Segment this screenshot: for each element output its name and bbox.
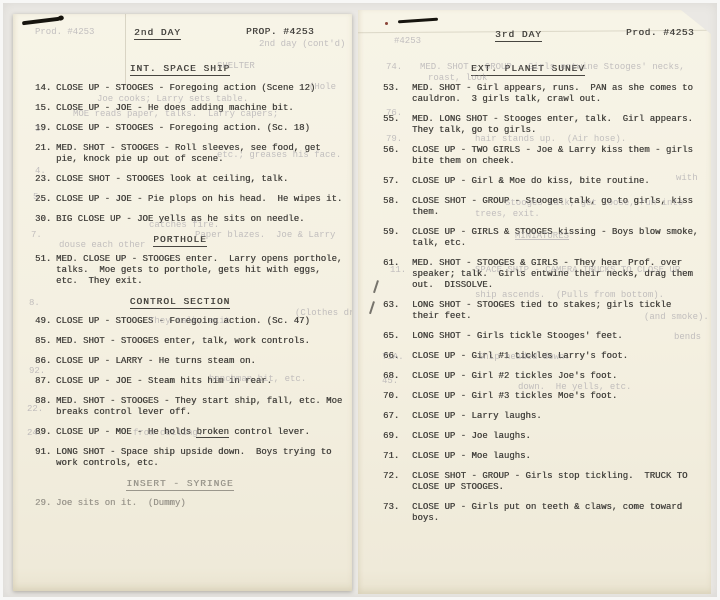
- item-number: 67.: [383, 411, 412, 422]
- shot-item: 23.CLOSE SHOT - STOOGES look at ceiling,…: [35, 174, 348, 185]
- item-number: 86.: [35, 356, 56, 367]
- item-text: LONG SHOT - Space ship upside down. Boys…: [56, 447, 342, 469]
- shot-item: 49.CLOSE UP - STOOGES - Foregoing action…: [35, 316, 348, 327]
- shot-item: 85.MED. SHOT - STOOGES enter, talk, work…: [35, 336, 348, 347]
- section-heading: EXT. PLANET SUNEV: [383, 63, 673, 74]
- shot-item: 56.CLOSE UP - TWO GIRLS - Joe & Larry ki…: [383, 145, 707, 167]
- item-number: 65.: [383, 331, 412, 342]
- item-number: 23.: [35, 174, 56, 185]
- item-number: 49.: [35, 316, 56, 327]
- item-number: 14.: [35, 83, 56, 94]
- item-number: 85.: [35, 336, 56, 347]
- shot-item: 68.CLOSE UP - Girl #2 tickles Joe's foot…: [383, 371, 707, 382]
- item-number: 59.: [383, 227, 412, 249]
- schedule-page-3rd-day: 3rd DAY Prod. #4253 EXT. PLANET SUNEV53.…: [358, 10, 711, 594]
- shot-item: 86.CLOSE UP - LARRY - He turns steam on.: [35, 356, 348, 367]
- schedule-page-2nd-day: 2nd DAY PROP. #4253 INT. SPACE SHIP14.CL…: [13, 14, 352, 591]
- item-number: 70.: [383, 391, 412, 402]
- shot-item: 69.CLOSE UP - Joe laughs.: [383, 431, 707, 442]
- item-number: 19.: [35, 123, 56, 134]
- item-number: 73.: [383, 502, 412, 524]
- shot-item: 25.CLOSE UP - JOE - Pie plops on his hea…: [35, 194, 348, 205]
- section-heading: INT. SPACE SHIP: [35, 63, 325, 74]
- shot-item: 30.BIG CLOSE UP - JOE yells as he sits o…: [35, 214, 348, 225]
- item-number: 55.: [383, 114, 412, 136]
- item-text: CLOSE UP - GIRLS & STOOGES kissing - Boy…: [412, 227, 698, 249]
- item-number: 58.: [383, 196, 412, 218]
- item-number: 21.: [35, 143, 56, 165]
- shot-item: 57.CLOSE UP - Girl & Moe do kiss, bite r…: [383, 176, 707, 187]
- item-text: CLOSE UP - JOE - Pie plops on his head. …: [56, 194, 342, 205]
- shot-item: 59.CLOSE UP - GIRLS & STOOGES kissing - …: [383, 227, 707, 249]
- section-heading: INSERT - SYRINGE: [35, 478, 325, 489]
- shot-item: 63.LONG SHOT - STOOGES tied to stakes; g…: [383, 300, 707, 322]
- shot-item: 67.CLOSE UP - Larry laughs.: [383, 411, 707, 422]
- shot-item: 87.CLOSE UP - JOE - Steam hits him in re…: [35, 376, 348, 387]
- item-text: CLOSE UP - JOE - Steam hits him in rear.: [56, 376, 342, 387]
- shot-item: 66.CLOSE UP - Girl #1 tickles Larry's fo…: [383, 351, 707, 362]
- shot-item: 91.LONG SHOT - Space ship upside down. B…: [35, 447, 348, 469]
- shot-item: 51.MED. CLOSE UP - STOOGES enter. Larry …: [35, 254, 348, 287]
- item-number: 72.: [383, 471, 412, 493]
- item-text: LONG SHOT - Girls tickle Stooges' feet.: [412, 331, 698, 342]
- item-number: 63.: [383, 300, 412, 322]
- item-text: MED. LONG SHOT - Stooges enter, talk. Gi…: [412, 114, 698, 136]
- item-text: LONG SHOT - STOOGES tied to stakes; girl…: [412, 300, 698, 322]
- item-text: MED. SHOT - STOOGES - Roll sleeves, see …: [56, 143, 342, 165]
- item-text: CLOSE UP - Girl #3 tickles Moe's foot.: [412, 391, 698, 402]
- item-text: CLOSE UP - Moe laughs.: [412, 451, 698, 462]
- shot-item: 88.MED. SHOT - STOOGES - They start ship…: [35, 396, 348, 418]
- item-text: CLOSE UP - Joe laughs.: [412, 431, 698, 442]
- item-number: 88.: [35, 396, 56, 418]
- item-text: CLOSE UP - STOOGES - Foregoing action. (…: [56, 316, 342, 327]
- item-number: 68.: [383, 371, 412, 382]
- item-number: 71.: [383, 451, 412, 462]
- scanned-document: 2nd DAY PROP. #4253 INT. SPACE SHIP14.CL…: [0, 0, 720, 600]
- item-text: CLOSE UP - TWO GIRLS - Joe & Larry kiss …: [412, 145, 698, 167]
- shot-item: 71.CLOSE UP - Moe laughs.: [383, 451, 707, 462]
- item-text: MED. SHOT - STOOGES - They start ship, f…: [56, 396, 342, 418]
- item-number: 89.: [35, 427, 56, 438]
- section-heading: PORTHOLE: [35, 234, 325, 245]
- shot-item: 58.CLOSE SHOT - GROUP - Stooges talk, go…: [383, 196, 707, 218]
- item-text: CLOSE UP - MOE - He holds broken control…: [56, 427, 342, 438]
- item-number: 29.: [35, 498, 56, 509]
- item-number: 25.: [35, 194, 56, 205]
- shot-list: INT. SPACE SHIP14.CLOSE UP - STOOGES - F…: [13, 14, 352, 509]
- section-heading: CONTROL SECTION: [35, 296, 325, 307]
- shot-item: 19.CLOSE UP - STOOGES - Foregoing action…: [35, 123, 348, 134]
- shot-item: 14.CLOSE UP - STOOGES - Foregoing action…: [35, 83, 348, 94]
- item-number: 87.: [35, 376, 56, 387]
- item-text: CLOSE SHOT - GROUP - Stooges talk, go to…: [412, 196, 698, 218]
- item-text: CLOSE UP - Girls put on teeth & claws, c…: [412, 502, 698, 524]
- item-text: CLOSE UP - STOOGES - Foregoing action (S…: [56, 83, 342, 94]
- item-text: CLOSE UP - LARRY - He turns steam on.: [56, 356, 342, 367]
- item-text: CLOSE UP - STOOGES - Foregoing action. (…: [56, 123, 342, 134]
- item-number: 53.: [383, 83, 412, 105]
- shot-item: 89.CLOSE UP - MOE - He holds broken cont…: [35, 427, 348, 438]
- item-text: BIG CLOSE UP - JOE yells as he sits on n…: [56, 214, 342, 225]
- item-number: 57.: [383, 176, 412, 187]
- item-text: CLOSE UP - Girl #2 tickles Joe's foot.: [412, 371, 698, 382]
- shot-item: 21.MED. SHOT - STOOGES - Roll sleeves, s…: [35, 143, 348, 165]
- shot-item: 73.CLOSE UP - Girls put on teeth & claws…: [383, 502, 707, 524]
- item-number: 56.: [383, 145, 412, 167]
- item-number: 15.: [35, 103, 56, 114]
- item-text: MED. CLOSE UP - STOOGES enter. Larry ope…: [56, 254, 342, 287]
- item-text: CLOSE UP - Larry laughs.: [412, 411, 698, 422]
- item-number: 69.: [383, 431, 412, 442]
- shot-item: 29.Joe sits on it. (Dummy): [35, 498, 348, 509]
- shot-item: 15.CLOSE UP - JOE - He does adding machi…: [35, 103, 348, 114]
- item-text: CLOSE UP - JOE - He does adding machine …: [56, 103, 342, 114]
- shot-item: 55.MED. LONG SHOT - Stooges enter, talk.…: [383, 114, 707, 136]
- shot-list: EXT. PLANET SUNEV53.MED. SHOT - Girl app…: [358, 10, 711, 524]
- item-text: CLOSE UP - Girl #1 tickles Larry's foot.: [412, 351, 698, 362]
- item-text: CLOSE UP - Girl & Moe do kiss, bite rout…: [412, 176, 698, 187]
- item-text: MED. SHOT - STOOGES enter, talk, work co…: [56, 336, 342, 347]
- item-text: CLOSE SHOT - STOOGES look at ceiling, ta…: [56, 174, 342, 185]
- item-number: 51.: [35, 254, 56, 287]
- shot-item: 53.MED. SHOT - Girl appears, runs. PAN a…: [383, 83, 707, 105]
- item-number: 30.: [35, 214, 56, 225]
- item-number: 66.: [383, 351, 412, 362]
- item-text: MED. SHOT - Girl appears, runs. PAN as s…: [412, 83, 698, 105]
- shot-item: 65.LONG SHOT - Girls tickle Stooges' fee…: [383, 331, 707, 342]
- shot-item: 61.MED. SHOT - STOOGES & GIRLS - They he…: [383, 258, 707, 291]
- item-text: MED. SHOT - STOOGES & GIRLS - They hear …: [412, 258, 698, 291]
- item-number: 91.: [35, 447, 56, 469]
- shot-item: 70.CLOSE UP - Girl #3 tickles Moe's foot…: [383, 391, 707, 402]
- item-number: 61.: [383, 258, 412, 291]
- item-text: Joe sits on it. (Dummy): [56, 498, 342, 509]
- item-text: CLOSE SHOT - GROUP - Girls stop tickling…: [412, 471, 698, 493]
- shot-item: 72.CLOSE SHOT - GROUP - Girls stop tickl…: [383, 471, 707, 493]
